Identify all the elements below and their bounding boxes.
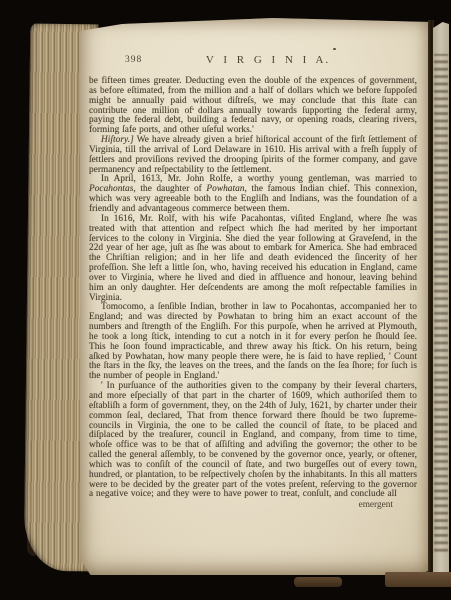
paragraph: In 1616, Mr. Rolf, with his wife Pacahon… xyxy=(89,215,417,304)
text-segment: , the daughter of xyxy=(133,184,206,194)
page-content: 398 V I R G I N I A. be fifteen times gr… xyxy=(80,18,430,575)
page-header: 398 V I R G I N I A. xyxy=(89,55,417,68)
paragraph: Hiſtory.] We have already given a brief … xyxy=(89,136,417,175)
paragraph: In April, 1613, Mr. John Rolfe, a worthy… xyxy=(89,175,417,214)
text-segment: Tomocomo, a ſenſible Indian, brother in … xyxy=(89,302,417,381)
text-segment: We have already given a brief hiſtorical… xyxy=(89,135,417,175)
body-text: be fifteen times greater. Deducting even… xyxy=(89,77,417,500)
text-segment: In April, 1613, Mr. John Rolfe, a worthy… xyxy=(101,174,417,184)
text-segment: In 1616, Mr. Rolf, with his wife Pacahon… xyxy=(89,214,417,303)
book-cover-bottom-edge xyxy=(385,572,451,587)
italic-text: Pocahontas xyxy=(89,184,133,194)
book-cover-fragment xyxy=(294,577,342,587)
italic-text: Hiſtory.] xyxy=(101,135,134,145)
text-segment: ' In purſuance of the authorities given … xyxy=(89,381,417,499)
paper-speck xyxy=(192,108,194,110)
facing-page-text xyxy=(434,54,448,554)
paper-speck xyxy=(333,48,336,50)
paragraph: Tomocomo, a ſenſible Indian, brother in … xyxy=(89,303,417,382)
running-title: V I R G I N I A. xyxy=(119,54,417,66)
book-photo: 398 V I R G I N I A. be fifteen times gr… xyxy=(0,0,451,600)
paragraph: be fifteen times greater. Deducting even… xyxy=(89,77,417,136)
catchword: emergent xyxy=(89,500,417,510)
paragraph: ' In purſuance of the authorities given … xyxy=(89,382,417,500)
italic-text: Powhatan xyxy=(206,184,244,194)
facing-page-sliver xyxy=(433,22,449,586)
text-segment: be fifteen times greater. Deducting even… xyxy=(89,76,417,135)
book-page: 398 V I R G I N I A. be fifteen times gr… xyxy=(80,18,430,575)
